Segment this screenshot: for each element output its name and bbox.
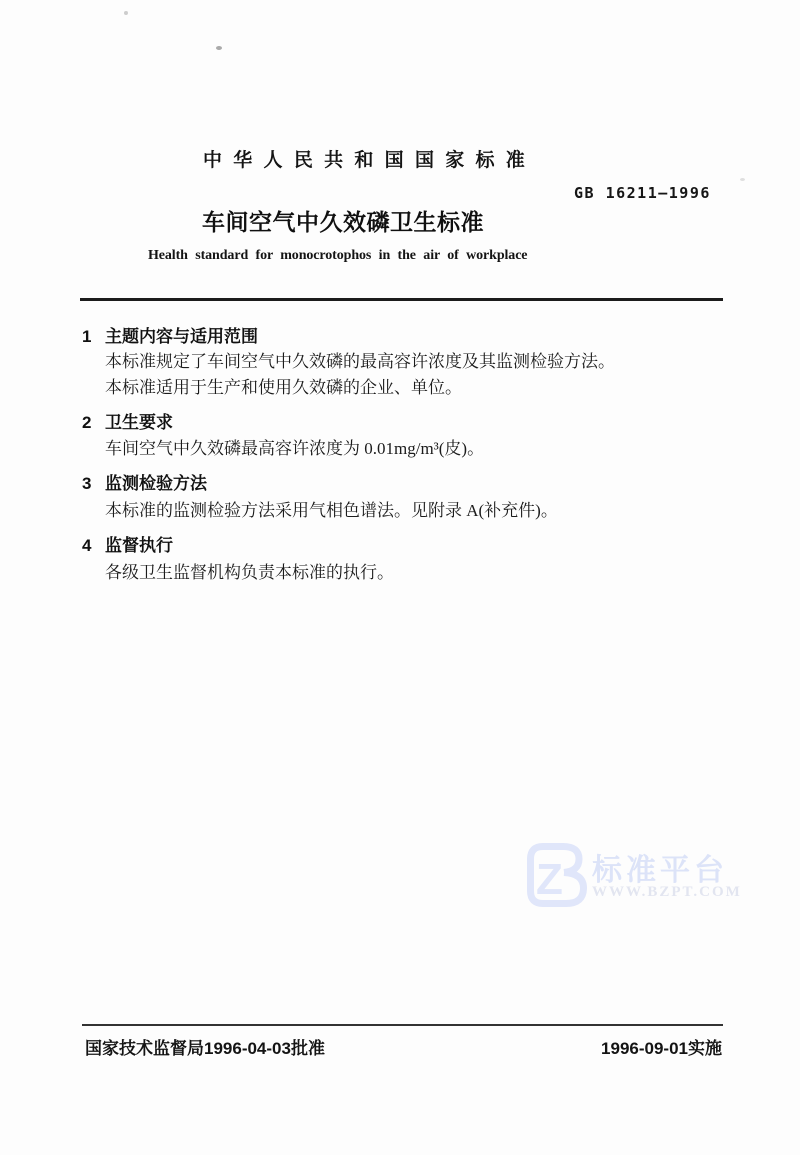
- country-standard-title: 中 华 人 民 共 和 国 国 家 标 准: [203, 145, 528, 172]
- paragraph: 各级卫生监督机构负责本标准的执行。: [105, 560, 735, 586]
- section-2-number: 2: [82, 413, 93, 433]
- section-2-heading: 2卫生要求: [82, 408, 173, 433]
- header-divider-rule: [80, 298, 723, 301]
- watermark-brand-name: 标准平台: [592, 845, 728, 889]
- standard-title-en: Health standard for monocrotophos in the…: [148, 248, 527, 264]
- watermark-z-letter: Z: [536, 855, 563, 904]
- section-1-number: 1: [82, 327, 93, 347]
- section-2-body: 车间空气中久效磷最高容许浓度为 0.01mg/m³(皮)。: [105, 436, 735, 462]
- implementation-date: 1996-09-01实施: [601, 1034, 722, 1059]
- section-2-title: 卫生要求: [105, 413, 173, 432]
- section-1-heading: 1主题内容与适用范围: [82, 322, 258, 347]
- paragraph: 本标准规定了车间空气中久效磷的最高容许浓度及其监测检验方法。: [105, 349, 735, 375]
- section-1-body: 本标准规定了车间空气中久效磷的最高容许浓度及其监测检验方法。 本标准适用于生产和…: [105, 349, 735, 400]
- paragraph: 本标准的监测检验方法采用气相色谱法。见附录 A(补充件)。: [105, 498, 735, 524]
- standard-title-cn: 车间空气中久效磷卫生标准: [202, 204, 484, 237]
- section-3-heading: 3监测检验方法: [82, 469, 207, 494]
- scanned-standard-page: { "document": { "header": { "country_tit…: [0, 0, 800, 1155]
- paragraph: 本标准适用于生产和使用久效磷的企业、单位。: [105, 375, 735, 401]
- bzpt-logo-icon: Z: [526, 842, 588, 908]
- section-1-title: 主题内容与适用范围: [105, 327, 258, 346]
- section-4-body: 各级卫生监督机构负责本标准的执行。: [105, 560, 735, 586]
- scan-speck: [216, 46, 222, 50]
- section-4-heading: 4监督执行: [82, 531, 173, 556]
- approval-authority-date: 国家技术监督局1996-04-03批准: [85, 1034, 325, 1059]
- scan-speck: [124, 11, 128, 15]
- footer-divider-rule: [82, 1024, 723, 1026]
- section-3-title: 监测检验方法: [105, 474, 207, 493]
- section-3-number: 3: [82, 474, 93, 494]
- section-4-title: 监督执行: [105, 536, 173, 555]
- standard-number: GB 16211—1996: [574, 184, 711, 202]
- watermark-url: WWW.BZPT.COM: [592, 884, 742, 901]
- section-4-number: 4: [82, 536, 93, 556]
- paragraph: 车间空气中久效磷最高容许浓度为 0.01mg/m³(皮)。: [105, 436, 735, 462]
- scan-speck: [740, 178, 745, 181]
- section-3-body: 本标准的监测检验方法采用气相色谱法。见附录 A(补充件)。: [105, 498, 735, 524]
